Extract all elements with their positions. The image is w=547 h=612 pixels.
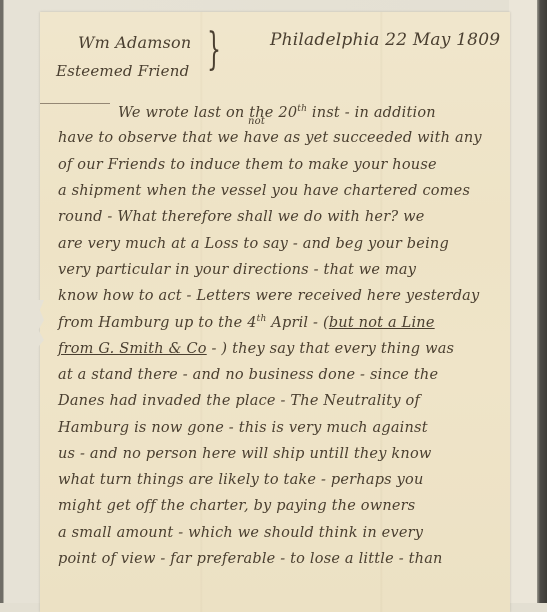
letter-line-14: us - and no person here will ship untill… [58, 446, 431, 462]
letter-line-18: point of view - far preferable - to lose… [58, 551, 443, 567]
letter-line-13: Hamburg is now gone - this is very much … [58, 420, 428, 436]
letter-line-2: have to observe that we have as yet succ… [58, 130, 482, 146]
letter-line-4: a shipment when the vessel you have char… [58, 183, 470, 199]
line-text: have to observe that we have [58, 130, 279, 146]
letter-line-10: from G. Smith & Co - ) they say that eve… [58, 341, 454, 357]
letter-line-5: round - What therefore shall we do with … [58, 209, 425, 225]
letter-line-6: are very much at a Loss to say - and beg… [58, 236, 449, 252]
letter-line-9: from Hamburg up to the 4th April - (but … [58, 314, 435, 331]
line-text: inst - in addition [307, 105, 436, 121]
letter-line-11: at a stand there - and no business done … [58, 367, 438, 383]
salutation: Esteemed Friend [56, 62, 189, 80]
letter-page [40, 12, 510, 603]
letter-line-7: very particular in your directions - tha… [58, 262, 416, 278]
line-text: from Hamburg up to the 4 [58, 315, 257, 331]
letter-line-1: We wrote last on the 20th inst - in addi… [118, 104, 436, 121]
underlined-text: but not a Line [329, 315, 435, 331]
superscript: th [257, 314, 267, 324]
letter-line-3: of our Friends to induce them to make yo… [58, 157, 437, 173]
letter-line-16: might get off the charter, by paying the… [58, 498, 415, 514]
addressee: Wm Adamson [78, 33, 191, 52]
line-text: - ) they say that every thing was [207, 341, 454, 357]
margin-rule [40, 103, 110, 104]
letter-line-12: Danes had invaded the place - The Neutra… [58, 393, 420, 409]
frame-edge [537, 0, 547, 603]
mount-strip [509, 0, 537, 603]
line-text: as yet succeeded with any [279, 130, 482, 146]
letter-line-15: what turn things are likely to take - pe… [58, 472, 424, 488]
brace-glyph: } [207, 24, 221, 75]
line-text: We wrote last on the 20 [118, 105, 297, 121]
line-text: April - ( [266, 315, 328, 331]
underlined-text: from G. Smith & Co [58, 341, 207, 357]
place-date: Philadelphia 22 May 1809 [270, 30, 500, 50]
letter-line-17: a small amount - which we should think i… [58, 525, 423, 541]
letter-line-8: know how to act - Letters were received … [58, 288, 479, 304]
superscript: th [297, 104, 307, 114]
